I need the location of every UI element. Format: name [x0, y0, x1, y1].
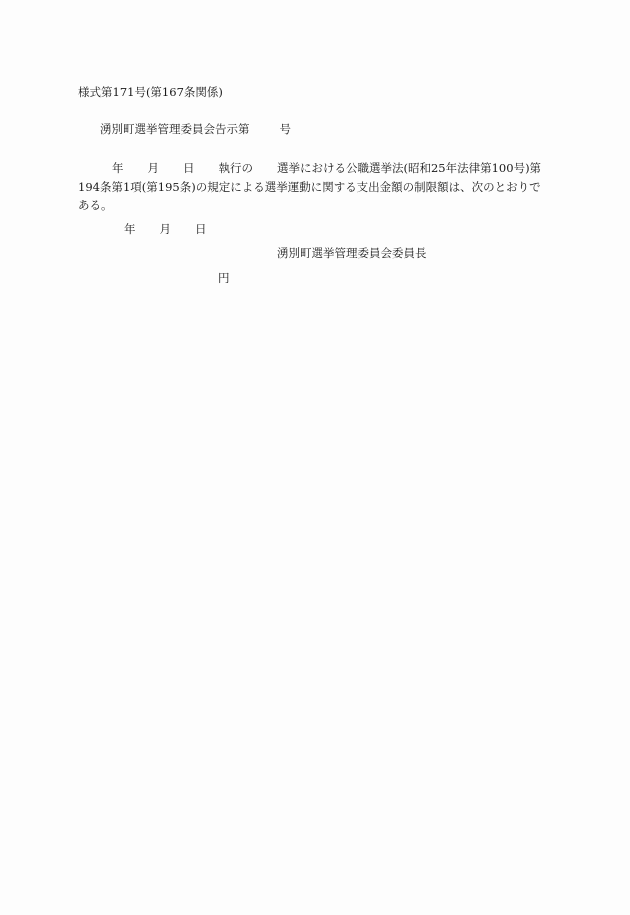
month-label: 月	[148, 161, 160, 175]
amount-unit: 円	[218, 271, 230, 285]
signature-line: 湧別町選挙管理委員会委員長	[277, 246, 427, 260]
executed-label: 執行の	[219, 161, 254, 175]
year-label: 年	[112, 161, 124, 175]
form-label: 様式第171号(第167条関係)	[78, 85, 223, 99]
date-month-label: 月	[160, 222, 172, 236]
date-year-label: 年	[124, 222, 136, 236]
day-label: 日	[183, 161, 195, 175]
body-paragraph: 年月日執行の選挙における公職選挙法(昭和25年法律第100号)第 194条第1項…	[78, 159, 556, 215]
body-line-3: ある。	[78, 196, 556, 215]
notice-title: 湧別町選挙管理委員会告示第号	[100, 122, 291, 136]
notice-title-prefix: 湧別町選挙管理委員会告示第	[100, 122, 250, 136]
date-day-label: 日	[195, 222, 207, 236]
body-line-1-text: 選挙における公職選挙法(昭和25年法律第100号)第	[277, 161, 541, 175]
notice-title-suffix: 号	[280, 122, 292, 136]
date-line: 年月日	[124, 222, 207, 236]
body-line-1: 年月日執行の選挙における公職選挙法(昭和25年法律第100号)第	[78, 159, 556, 178]
body-line-2: 194条第1項(第195条)の規定による選挙運動に関する支出金額の制限額は、次の…	[78, 178, 556, 197]
document-page: 様式第171号(第167条関係) 湧別町選挙管理委員会告示第号 年月日執行の選挙…	[0, 0, 630, 915]
